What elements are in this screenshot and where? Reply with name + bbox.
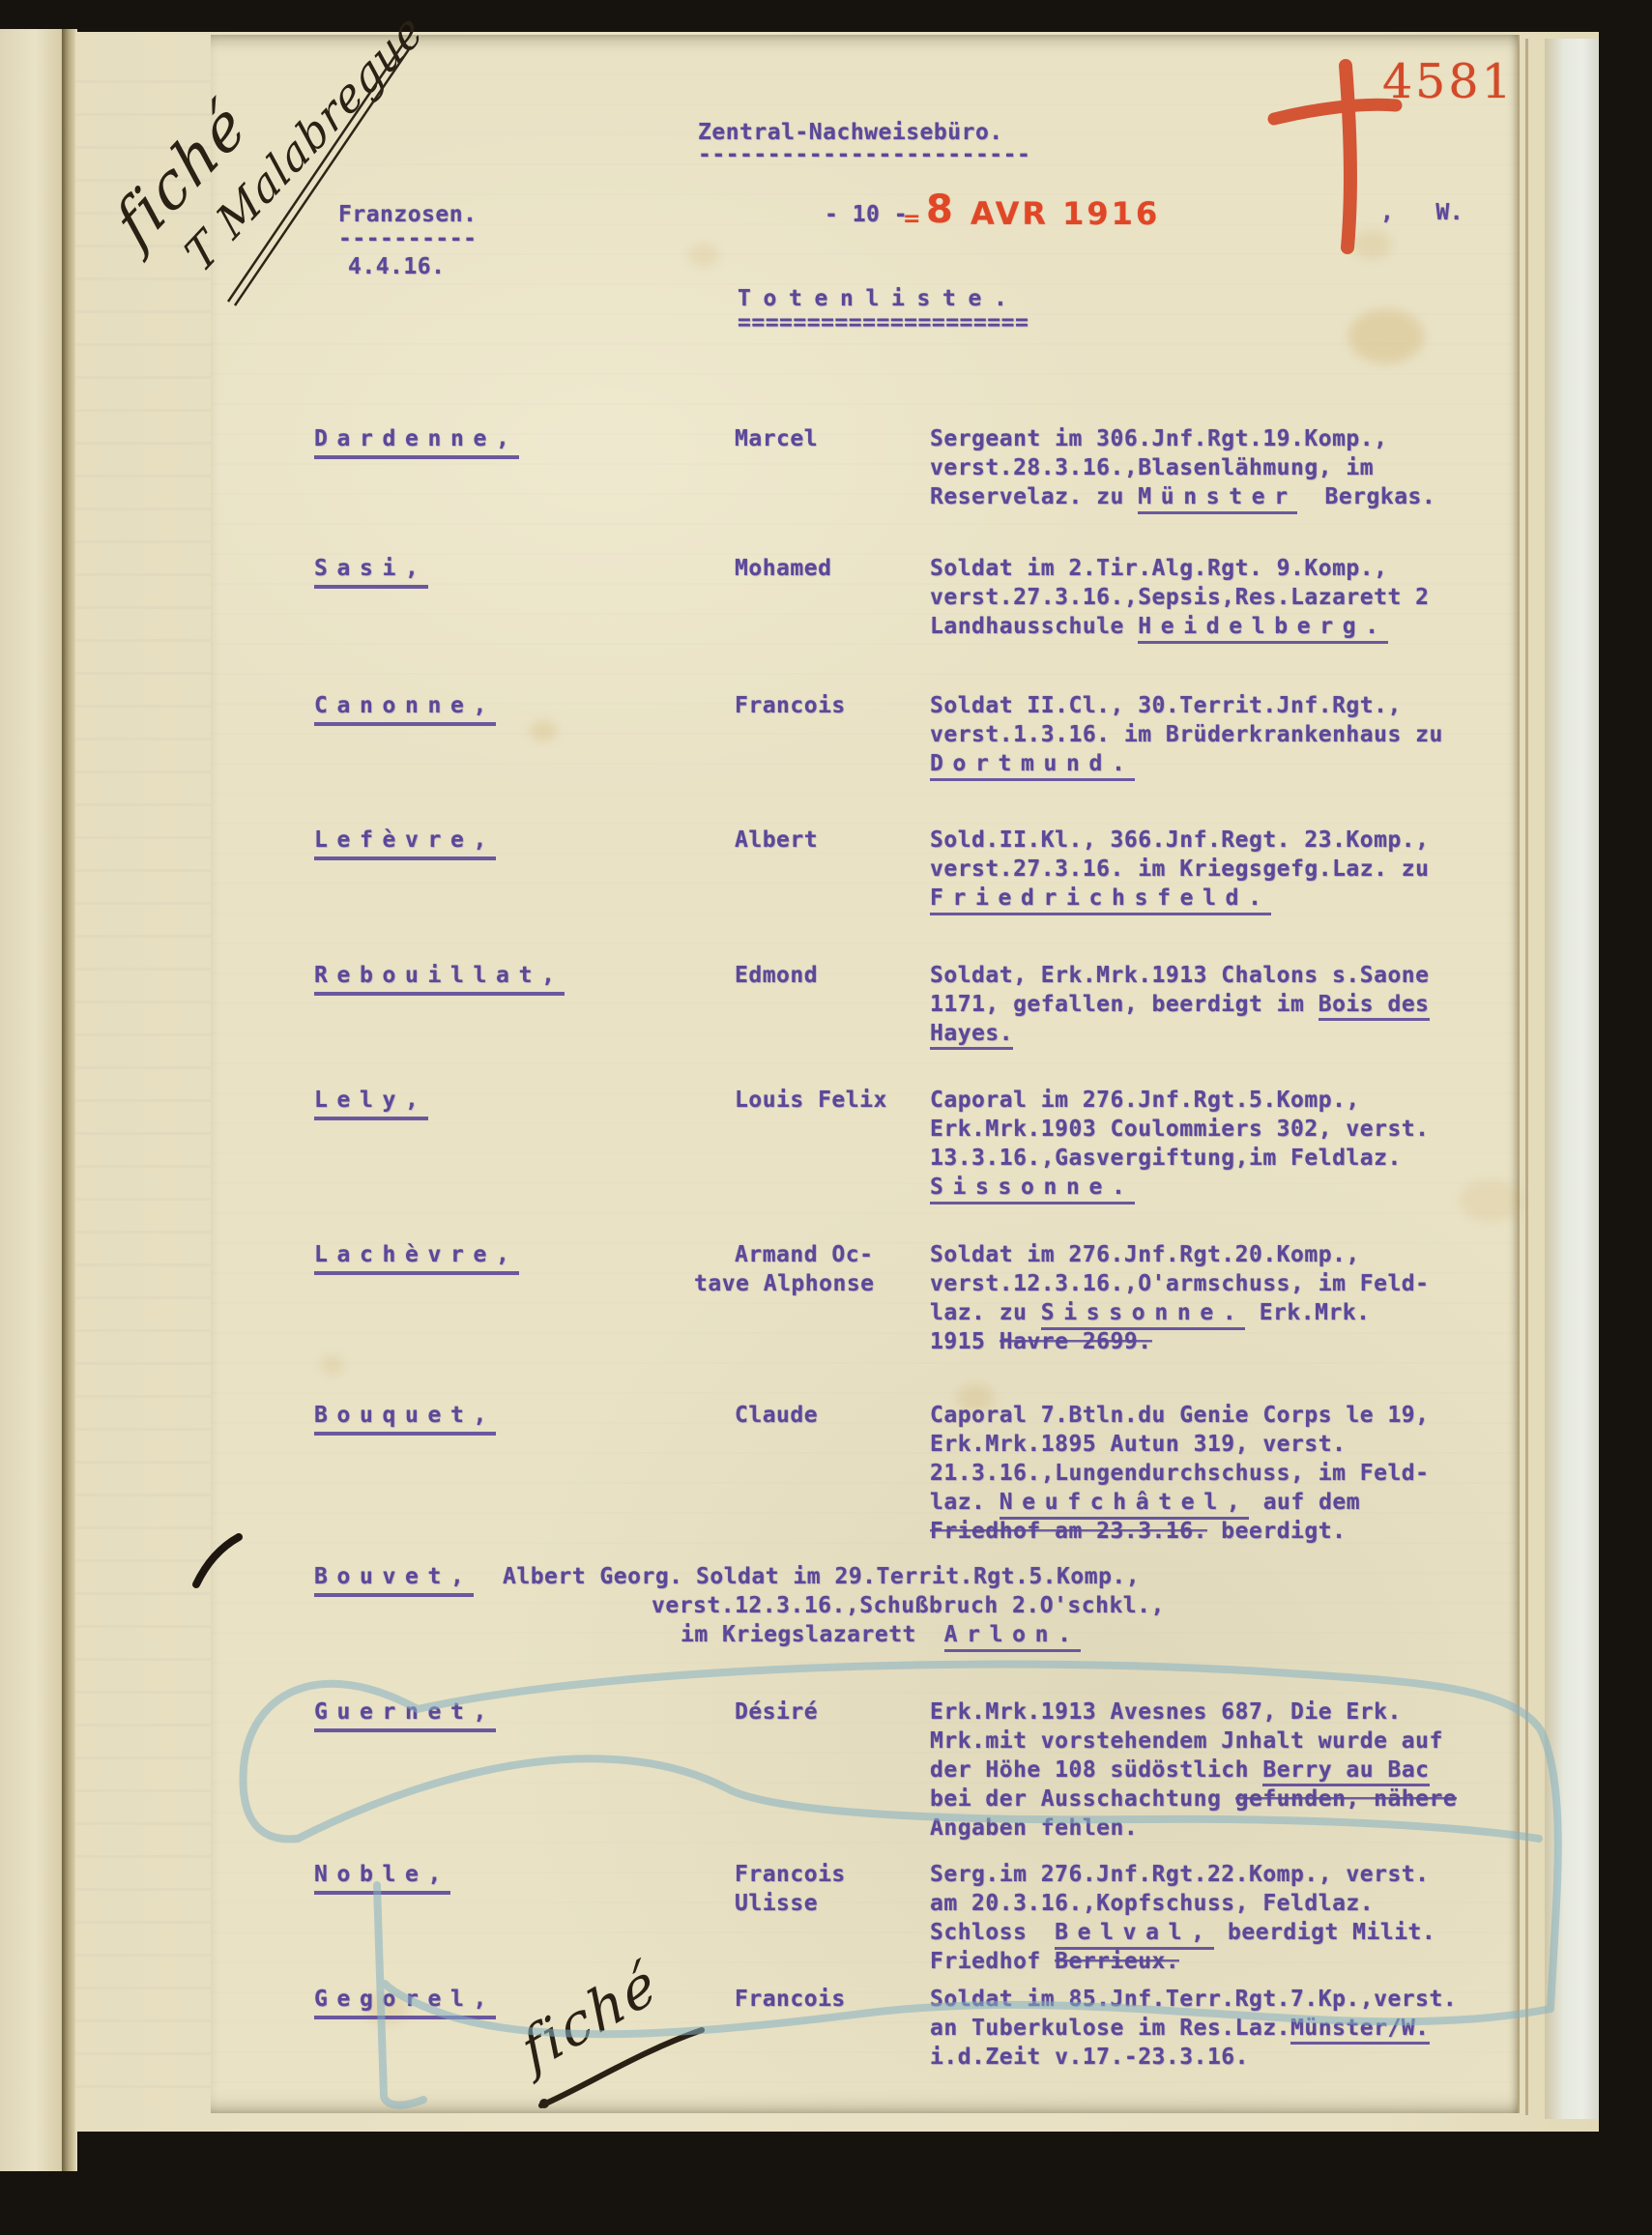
annotation-marks-layer <box>0 0 1652 2235</box>
red-cross-mark <box>1274 66 1396 247</box>
blue-pencil-circle <box>243 1665 1557 2105</box>
pen-strike-line <box>228 43 411 305</box>
scanned-document-photo: { "colors":{"ink":"#5b4899","stamp_red":… <box>0 0 1652 2235</box>
signature-flourish <box>539 2030 702 2108</box>
pen-checkmark <box>196 1537 239 1584</box>
